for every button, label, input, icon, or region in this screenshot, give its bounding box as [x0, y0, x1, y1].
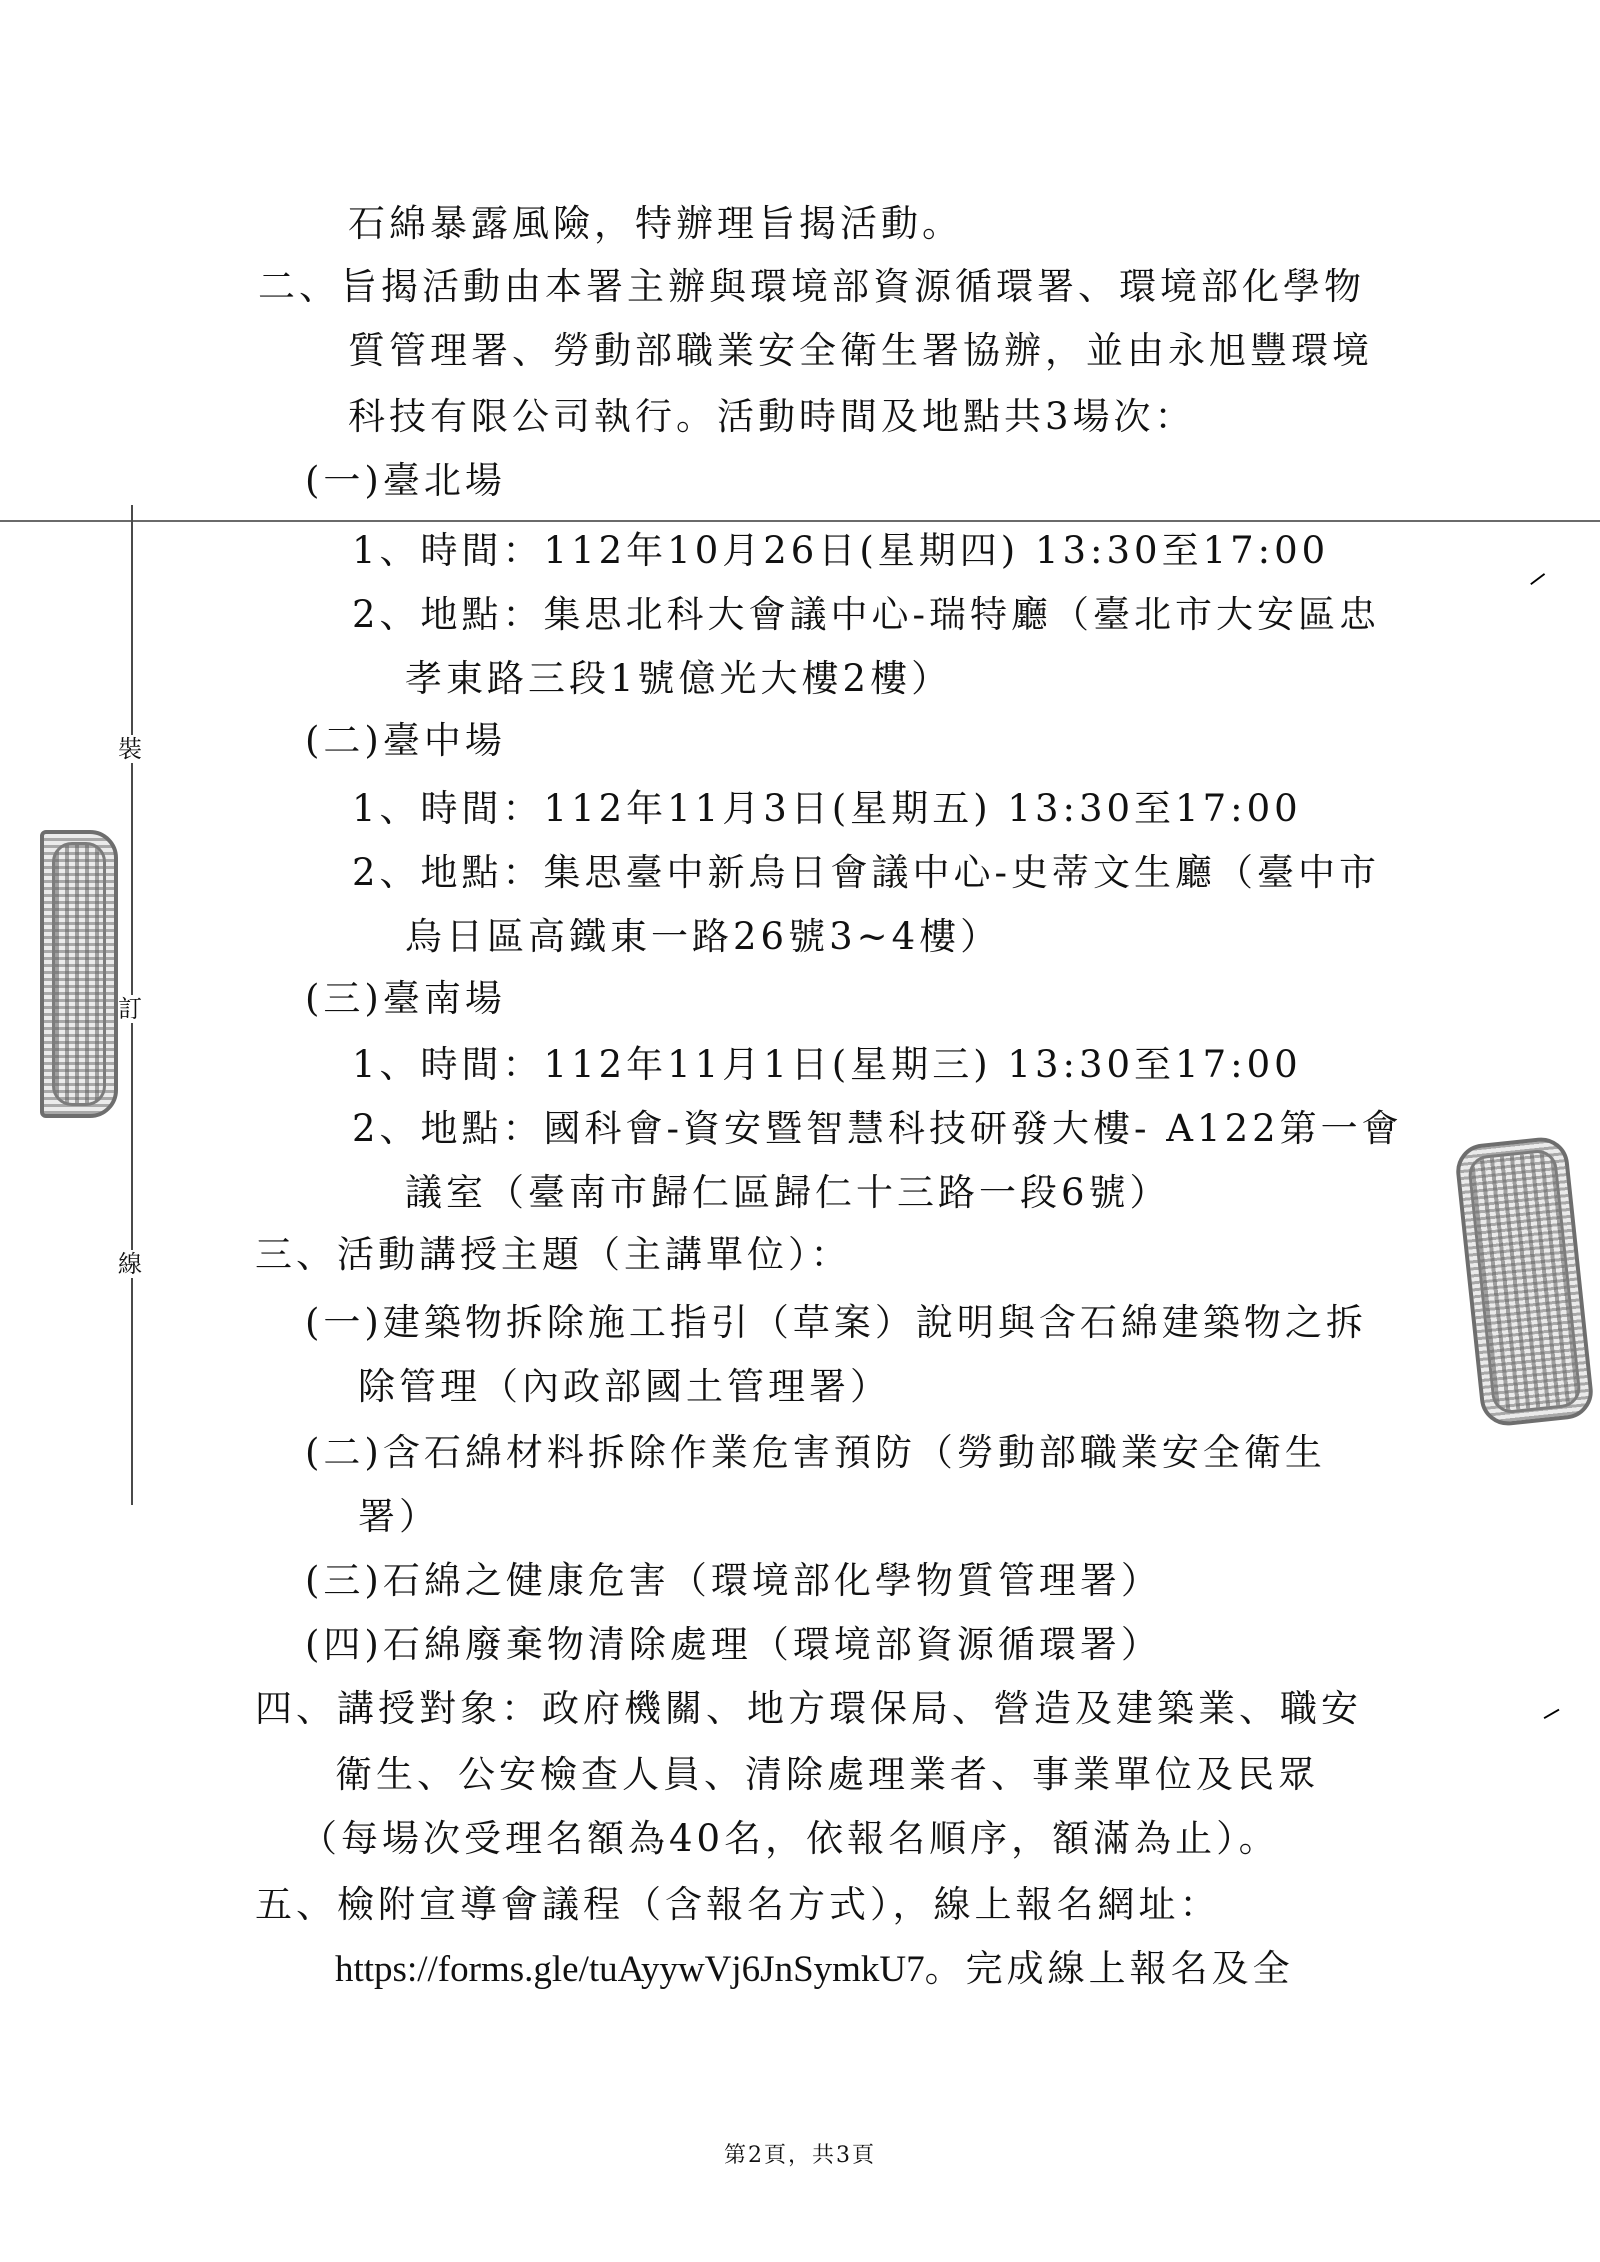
official-seal-stamp-left: [40, 830, 118, 1118]
session-time-taichung: 1、時間：112年11月3日(星期五) 13:30至17:00: [352, 790, 1302, 827]
session-time-tainan: 1、時間：112年11月1日(星期三) 13:30至17:00: [352, 1046, 1302, 1083]
session-place-taichung-1: 2、地點：集思臺中新烏日會議中心-史蒂文生廳（臺中市: [352, 854, 1380, 891]
page-indicator: 第2頁，共3頁: [0, 2138, 1600, 2169]
section4-line1: 四、講授對象：政府機關、地方環保局、營造及建築業、職安: [255, 1690, 1362, 1727]
intro-tail: 石綿暴露風險，特辦理旨揭活動。: [348, 205, 963, 242]
session-title-tainan: (三)臺南場: [305, 980, 506, 1017]
topic-2-line2: 署）: [358, 1498, 440, 1535]
handwritten-mark-icon: ⸝: [1539, 1679, 1569, 1731]
session-place-tainan-2: 議室（臺南市歸仁區歸仁十三路一段6號）: [405, 1174, 1171, 1211]
handwritten-mark-icon: ⸝: [1527, 544, 1552, 595]
section2-line3: 科技有限公司執行。活動時間及地點共3場次：: [348, 398, 1196, 435]
session-title-taipei: (一)臺北場: [305, 462, 506, 499]
binding-label-ding: 訂: [118, 995, 142, 1023]
session-place-taichung-2: 烏日區高鐵東一路26號3~4樓）: [405, 918, 1001, 955]
section5-line1: 五、檢附宣導會議程（含報名方式），線上報名網址：: [255, 1886, 1221, 1923]
session-place-taipei-2: 孝東路三段1號億光大樓2樓）: [405, 660, 952, 697]
section5-line2-tail: 。完成線上報名及全: [925, 1947, 1294, 1990]
section2-line1: 二、旨揭活動由本署主辦與環境部資源循環署、環境部化學物: [258, 268, 1365, 305]
binding-label-xian: 線: [118, 1250, 142, 1278]
section4-line3: （每場次受理名額為40名，依報名順序，額滿為止）。: [300, 1820, 1280, 1857]
official-seal-stamp-right: [1454, 1135, 1596, 1428]
topic-3: (三)石綿之健康危害（環境部化學物質管理署）: [305, 1562, 1162, 1599]
topic-1-line2: 除管理（內政部國土管理署）: [358, 1368, 891, 1405]
section2-line2: 質管理署、勞動部職業安全衛生署協辦，並由永旭豐環境: [348, 332, 1373, 369]
registration-url-link[interactable]: https://forms.gle/tuAyywVj6JnSymkU7: [335, 1949, 925, 1990]
topic-4: (四)石綿廢棄物清除處理（環境部資源循環署）: [305, 1626, 1162, 1663]
binding-label-zhuang: 裝: [118, 735, 142, 763]
section4-line2: 衛生、公安檢查人員、清除處理業者、事業單位及民眾: [335, 1756, 1319, 1793]
session-time-taipei: 1、時間：112年10月26日(星期四) 13:30至17:00: [352, 532, 1329, 569]
section3-heading: 三、活動講授主題（主講單位）：: [255, 1236, 852, 1273]
session-title-taichung: (二)臺中場: [305, 722, 506, 759]
page-fold-rule: [0, 520, 1600, 522]
session-place-taipei-1: 2、地點：集思北科大會議中心-瑞特廳（臺北市大安區忠: [352, 596, 1380, 633]
topic-1-line1: (一)建築物拆除施工指引（草案）說明與含石綿建築物之拆: [305, 1304, 1367, 1341]
session-place-tainan-1: 2、地點：國科會-資安暨智慧科技研發大樓- A122第一會: [352, 1110, 1403, 1147]
topic-2-line1: (二)含石綿材料拆除作業危害預防（勞動部職業安全衛生: [305, 1434, 1326, 1471]
